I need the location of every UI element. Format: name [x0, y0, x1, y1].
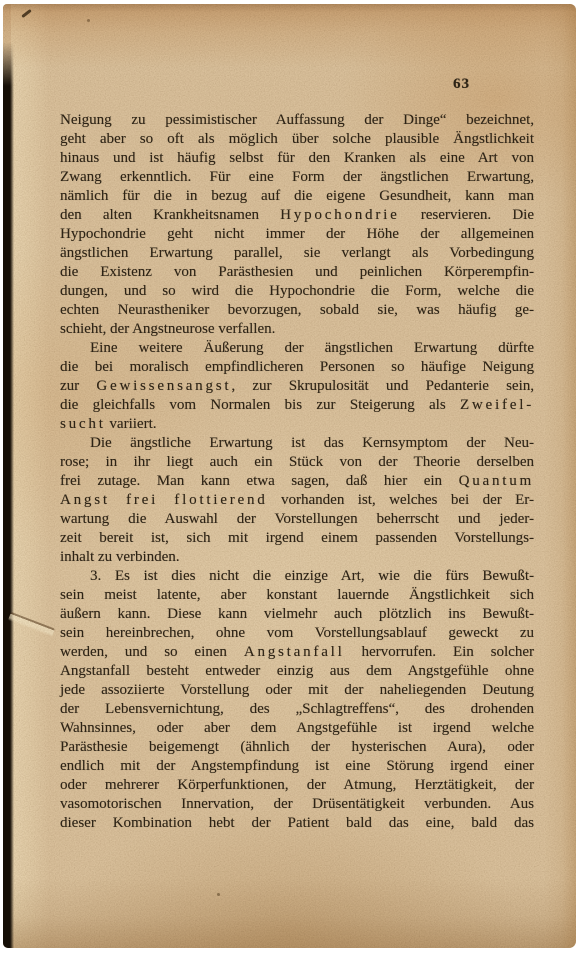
text-line: 3. Es ist dies nicht die einzige Art, wi…	[60, 567, 534, 586]
paragraph: Die ängstliche Erwartung ist das Kernsym…	[60, 434, 534, 567]
text-line: sucht variiert.	[60, 415, 534, 434]
letterspaced-emphasis: Angst frei flottierend	[60, 492, 268, 508]
paragraph: Neigung zu pessimistischer Auffassung de…	[60, 111, 534, 339]
text-line: inhalt zu verbinden.	[60, 548, 534, 567]
text-line: jede assoziierte Vorstellung oder mit de…	[60, 681, 534, 700]
text-line: dungen, und so wird die Hypochondrie die…	[60, 282, 534, 301]
letterspaced-emphasis: Zweifel-	[460, 397, 534, 413]
page-number: 63	[453, 76, 470, 93]
text-line: Eine weitere Äußerung der ängstlichen Er…	[60, 339, 534, 358]
text-line: der Lebensvernichtung, des „Schlagtreffe…	[60, 700, 534, 719]
text-line: dieser Kombination hebt der Patient bald…	[60, 814, 534, 833]
paper-speck	[87, 19, 90, 22]
book-page-paper: 63 Neigung zu pessimistischer Auffassung…	[3, 4, 576, 948]
letterspaced-emphasis: Gewissensangst	[96, 378, 231, 394]
text-line: die Existenz von Parästhesien und peinli…	[60, 263, 534, 282]
text-line: die gleichfalls vom Normalen bis zur Ste…	[60, 396, 534, 415]
text-line: rose; in ihr liegt auch ein Stück von de…	[60, 453, 534, 472]
text-line: den alten Krankheitsnamen Hypochondrie r…	[60, 206, 534, 225]
text-line: werden, und so einen Angstanfall hervorr…	[60, 643, 534, 662]
paragraph: 3. Es ist dies nicht die einzige Art, wi…	[60, 567, 534, 833]
text-line: Hypochondrie geht nicht immer der Höhe d…	[60, 225, 534, 244]
text-line: zeit bereit ist, sich mit irgend einem p…	[60, 529, 534, 548]
letterspaced-emphasis: sucht	[60, 416, 106, 432]
paragraph: Eine weitere Äußerung der ängstlichen Er…	[60, 339, 534, 434]
text-line: oder mehrerer Körperfunktionen, der Atmu…	[60, 776, 534, 795]
text-line: vasomotorischen Innervation, der Drüsent…	[60, 795, 534, 814]
scanned-book-page: 63 Neigung zu pessimistischer Auffassung…	[0, 0, 586, 960]
text-line: Wahnsinnes, oder aber dem Angstgefühle i…	[60, 719, 534, 738]
letterspaced-emphasis: Angstanfall	[244, 644, 345, 660]
paper-speck	[217, 893, 220, 896]
text-line: hinaus und ist häufig selbst für den Kra…	[60, 149, 534, 168]
text-line: wartung die Auswahl der Vorstellungen be…	[60, 510, 534, 529]
text-line: schieht, der Angstneurose verfallen.	[60, 320, 534, 339]
text-line: äußern kann. Diese kann vielmehr auch pl…	[60, 605, 534, 624]
text-block: Neigung zu pessimistischer Auffassung de…	[60, 111, 534, 833]
text-line: Zwang erkenntlich. Für eine Form der äng…	[60, 168, 534, 187]
text-line: echten Neurastheniker bevorzugen, sobald…	[60, 301, 534, 320]
scan-gutter-shadow	[3, 42, 14, 948]
text-line: nämlich für die in bezug auf die eigene …	[60, 187, 534, 206]
text-line: Parästhesie beigemengt (ähnlich der hyst…	[60, 738, 534, 757]
text-line: Neigung zu pessimistischer Auffassung de…	[60, 111, 534, 130]
text-line: geht aber so oft als möglich über solche…	[60, 130, 534, 149]
text-line: frei zutage. Man kann etwa sagen, daß hi…	[60, 472, 534, 491]
text-line: Die ängstliche Erwartung ist das Kernsym…	[60, 434, 534, 453]
text-line: sein hereinbrechen, ohne vom Vorstellung…	[60, 624, 534, 643]
text-line: Angstanfall besteht entweder einzig aus …	[60, 662, 534, 681]
text-line: sein meist latente, aber konstant lauern…	[60, 586, 534, 605]
letterspaced-emphasis: Hypochondrie	[280, 207, 399, 223]
text-line: ängstlichen Erwartung parallel, sie verl…	[60, 244, 534, 263]
text-line: Angst frei flottierend vorhanden ist, we…	[60, 491, 534, 510]
text-line: zur Gewissensangst, zur Skrupulosität un…	[60, 377, 534, 396]
text-line: endlich mit der Angstempfindung ist eine…	[60, 757, 534, 776]
letterspaced-emphasis: Quantum	[459, 473, 534, 489]
text-line: die bei moralisch empfindlicheren Person…	[60, 358, 534, 377]
